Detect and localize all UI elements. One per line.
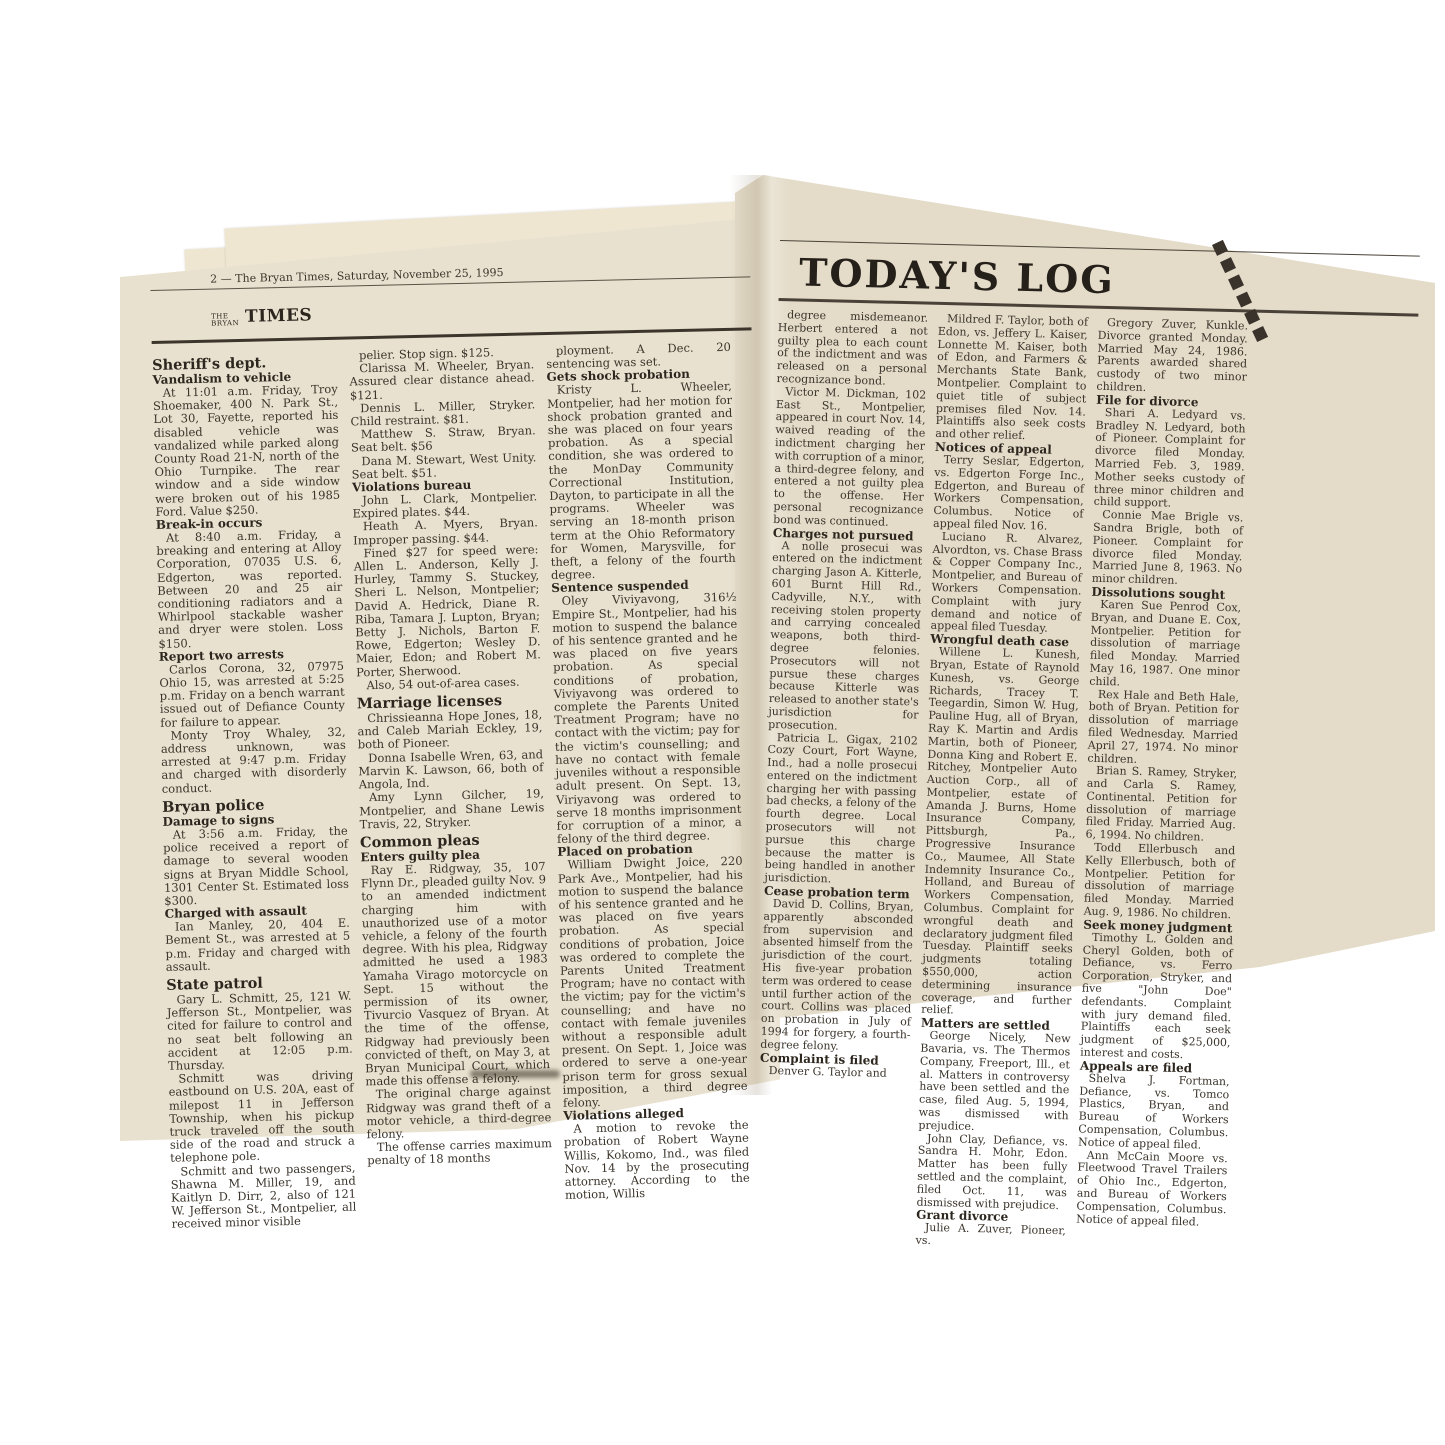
- article-paragraph: David D. Collins, Bryan, apparently absc…: [760, 898, 914, 1055]
- article-paragraph: At 11:01 a.m. Friday, Troy Shoemaker, 40…: [153, 383, 341, 519]
- article-paragraph: Willene L. Kunesh, Bryan, Estate of Rayn…: [921, 646, 1080, 1021]
- article-paragraph: Rex Hale and Beth Hale, both of Bryan. P…: [1087, 688, 1239, 768]
- article-paragraph: Todd Ellerbusch and Kelly Ellerbusch, bo…: [1084, 842, 1236, 922]
- article-paragraph: Julie A. Zuver, Pioneer, vs.: [915, 1222, 1066, 1251]
- flag-small-text: THE BRYAN: [211, 313, 239, 328]
- article-paragraph: Connie Mae Brigle vs. Sandra Brigle, bot…: [1092, 509, 1244, 589]
- article-paragraph: Terry Seslar, Edgerton, vs. Edgerton For…: [933, 454, 1085, 534]
- article-paragraph: The offense carries maximum penalty of 1…: [367, 1137, 553, 1168]
- right-columns: degree misdemeanor. Herbert entered a no…: [755, 309, 1418, 1259]
- newspaper-flag: THE BRYAN TIMES: [211, 295, 751, 327]
- article-paragraph: Clarissa M. Wheeler, Bryan. Assured clea…: [349, 359, 535, 403]
- right-column: Gregory Zuver, Kunkle. Divorce granted M…: [1075, 317, 1248, 1255]
- article-paragraph: A motion to revoke the probation of Robe…: [563, 1119, 750, 1202]
- right-column: Mildred F. Taylor, both of Edon, vs. Jef…: [915, 313, 1088, 1251]
- article-paragraph: Luciano R. Alvarez, Alvordton, vs. Chase…: [930, 531, 1082, 637]
- right-column: degree misdemeanor. Herbert entered a no…: [755, 309, 928, 1247]
- article-paragraph: Brian S. Ramey, Stryker, and Carla S. Ra…: [1085, 765, 1237, 845]
- left-column: ployment. A Dec. 20 sentencing was set.G…: [546, 341, 751, 1223]
- article-paragraph: Schmitt and two passengers, Shawna M. Mi…: [170, 1161, 356, 1231]
- article-paragraph: A nolle prosecui was entered on the indi…: [768, 539, 923, 735]
- article-paragraph: Ray E. Ridgway, 35, 107 Flynn Dr., plead…: [361, 860, 551, 1089]
- article-paragraph: Amy Lynn Gilcher, 19, Montpelier, and Sh…: [359, 787, 545, 831]
- article-paragraph: Ian Manley, 20, 404 E. Bement St., was a…: [165, 917, 351, 974]
- article-paragraph: Karen Sue Penrod Cox, Bryan, and Duane E…: [1089, 599, 1241, 692]
- article-paragraph: William Dwight Joice, 220 Park Ave., Mon…: [557, 855, 748, 1110]
- article-paragraph: ployment. A Dec. 20 sentencing was set.: [546, 341, 732, 372]
- article-paragraph: Donna Isabelle Wren, 63, and Marvin K. L…: [358, 748, 544, 792]
- right-page-content: TODAY'S LOG degree misdemeanor. Herbert …: [755, 240, 1419, 1259]
- left-page-content: 2 — The Bryan Times, Saturday, November …: [150, 256, 772, 1231]
- article-paragraph: degree misdemeanor. Herbert entered a no…: [776, 309, 928, 389]
- article-paragraph: At 3:56 a.m. Friday, the police received…: [163, 825, 350, 908]
- page-shadow: [470, 1070, 560, 1078]
- article-paragraph: Denver G. Taylor and: [760, 1064, 910, 1080]
- article-paragraph: Gregory Zuver, Kunkle. Divorce granted M…: [1096, 317, 1248, 397]
- article-paragraph: Fined $27 for speed were: Allen L. Ander…: [353, 543, 541, 679]
- article-paragraph: Carlos Corona, 32, 07975 Ohio 15, was ar…: [159, 660, 345, 730]
- article-paragraph: Ann McCain Moore vs. Fleetwood Travel Tr…: [1076, 1149, 1228, 1229]
- article-paragraph: George Nicely, New Bavaria, vs. The Ther…: [918, 1030, 1070, 1136]
- photo-scene: 2 — The Bryan Times, Saturday, November …: [0, 0, 1445, 1445]
- left-columns: Sheriff's dept.Vandalism to vehicleAt 11…: [152, 340, 772, 1231]
- article-paragraph: Oley Viviyavong, 316½ Empire St., Montpe…: [551, 591, 742, 846]
- article-paragraph: The original charge against Ridgway was …: [366, 1084, 552, 1141]
- article-paragraph: Victor M. Dickman, 102 East St., Montpel…: [773, 386, 926, 530]
- article-paragraph: Kristy L. Wheeler, Montpelier, had her m…: [547, 380, 736, 582]
- article-paragraph: Mildred F. Taylor, both of Edon, vs. Jef…: [935, 313, 1088, 445]
- todays-log-masthead: TODAY'S LOG: [779, 240, 1420, 317]
- left-column: pelier. Stop sign. $125.Clarissa M. Whee…: [349, 345, 554, 1227]
- article-paragraph: Shari A. Ledyard vs. Bradley N. Ledyard,…: [1094, 407, 1246, 513]
- article-paragraph: Timothy L. Golden and Cheryl Golden, bot…: [1080, 931, 1233, 1063]
- article-paragraph: Monty Troy Whaley, 32, address unknown, …: [160, 726, 346, 796]
- article-paragraph: Shelva J. Fortman, Defiance, vs. Tomco P…: [1078, 1072, 1230, 1152]
- article-paragraph: Chrissieanna Hope Jones, 18, and Caleb M…: [357, 708, 543, 752]
- left-column: Sheriff's dept.Vandalism to vehicleAt 11…: [152, 350, 357, 1232]
- article-paragraph: At 8:40 a.m. Friday, a breaking and ente…: [156, 528, 344, 651]
- flag-title: TIMES: [245, 305, 313, 327]
- article-paragraph: John Clay, Defiance, vs. Sandra H. Mohr,…: [916, 1132, 1068, 1212]
- article-paragraph: Gary L. Schmitt, 25, 121 W. Jefferson St…: [166, 990, 353, 1073]
- article-paragraph: Also, 54 out-of-area cases.: [356, 675, 541, 692]
- article-paragraph: Dana M. Stewart, West Unity. Seat belt. …: [351, 451, 537, 482]
- article-paragraph: Patricia L. Gigax, 2102 Cozy Court, Fort…: [764, 731, 918, 888]
- article-paragraph: Schmitt was driving eastbound on U.S. 20…: [168, 1069, 355, 1166]
